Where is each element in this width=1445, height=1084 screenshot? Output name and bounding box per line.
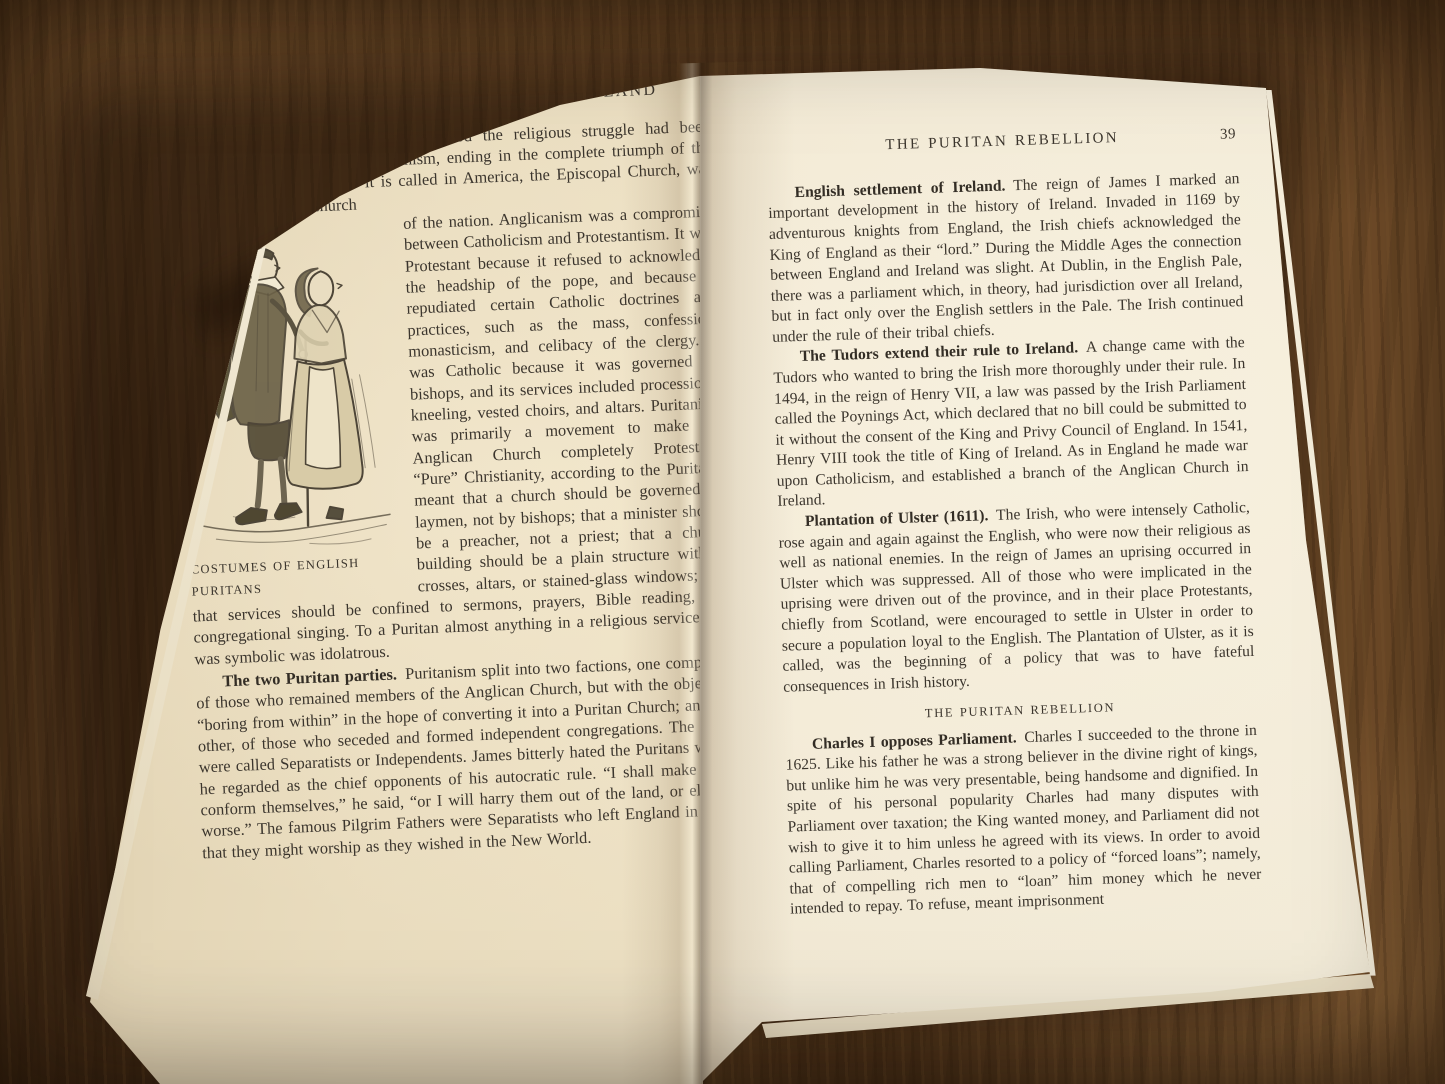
- right-running-head: THE PURITAN REBELLION 39: [766, 125, 1238, 160]
- right-paragraph-4: Charles I opposes Parliament.Charles I s…: [785, 721, 1263, 921]
- section-heading: THE PURITAN REBELLION: [784, 695, 1256, 726]
- right-page-number: 39: [1220, 125, 1237, 145]
- right-page-text-block: THE PURITAN REBELLION 39 English settlem…: [766, 125, 1262, 920]
- right-paragraph-3-lead: Plantation of Ulster (1611).: [805, 507, 989, 530]
- right-paragraph-1: English settlement of Ireland.The reign …: [767, 169, 1244, 348]
- left-paragraph-2: The two Puritan parties.Puritanism split…: [195, 650, 739, 863]
- illustration-caption: COSTUMES OF ENGLISH PURITANS: [191, 556, 360, 599]
- right-running-title: THE PURITAN REBELLION: [885, 130, 1119, 153]
- illustration-caption-line2: PURITANS: [191, 582, 262, 599]
- right-paragraph-3: Plantation of Ulster (1611).The Irish, w…: [778, 498, 1256, 698]
- right-paragraph-1-lead: English settlement of Ireland.: [794, 177, 1005, 201]
- illustration-caption-line1: COSTUMES OF ENGLISH: [191, 556, 360, 577]
- open-book-photo: 38 PARLIAMENTARY GOVERNMENT IN ENGLAND t…: [0, 0, 1445, 1084]
- right-paragraph-4-lead: Charles I opposes Parliament.: [812, 729, 1017, 752]
- right-paragraph-2: The Tudors extend their rule to Ireland.…: [773, 333, 1250, 512]
